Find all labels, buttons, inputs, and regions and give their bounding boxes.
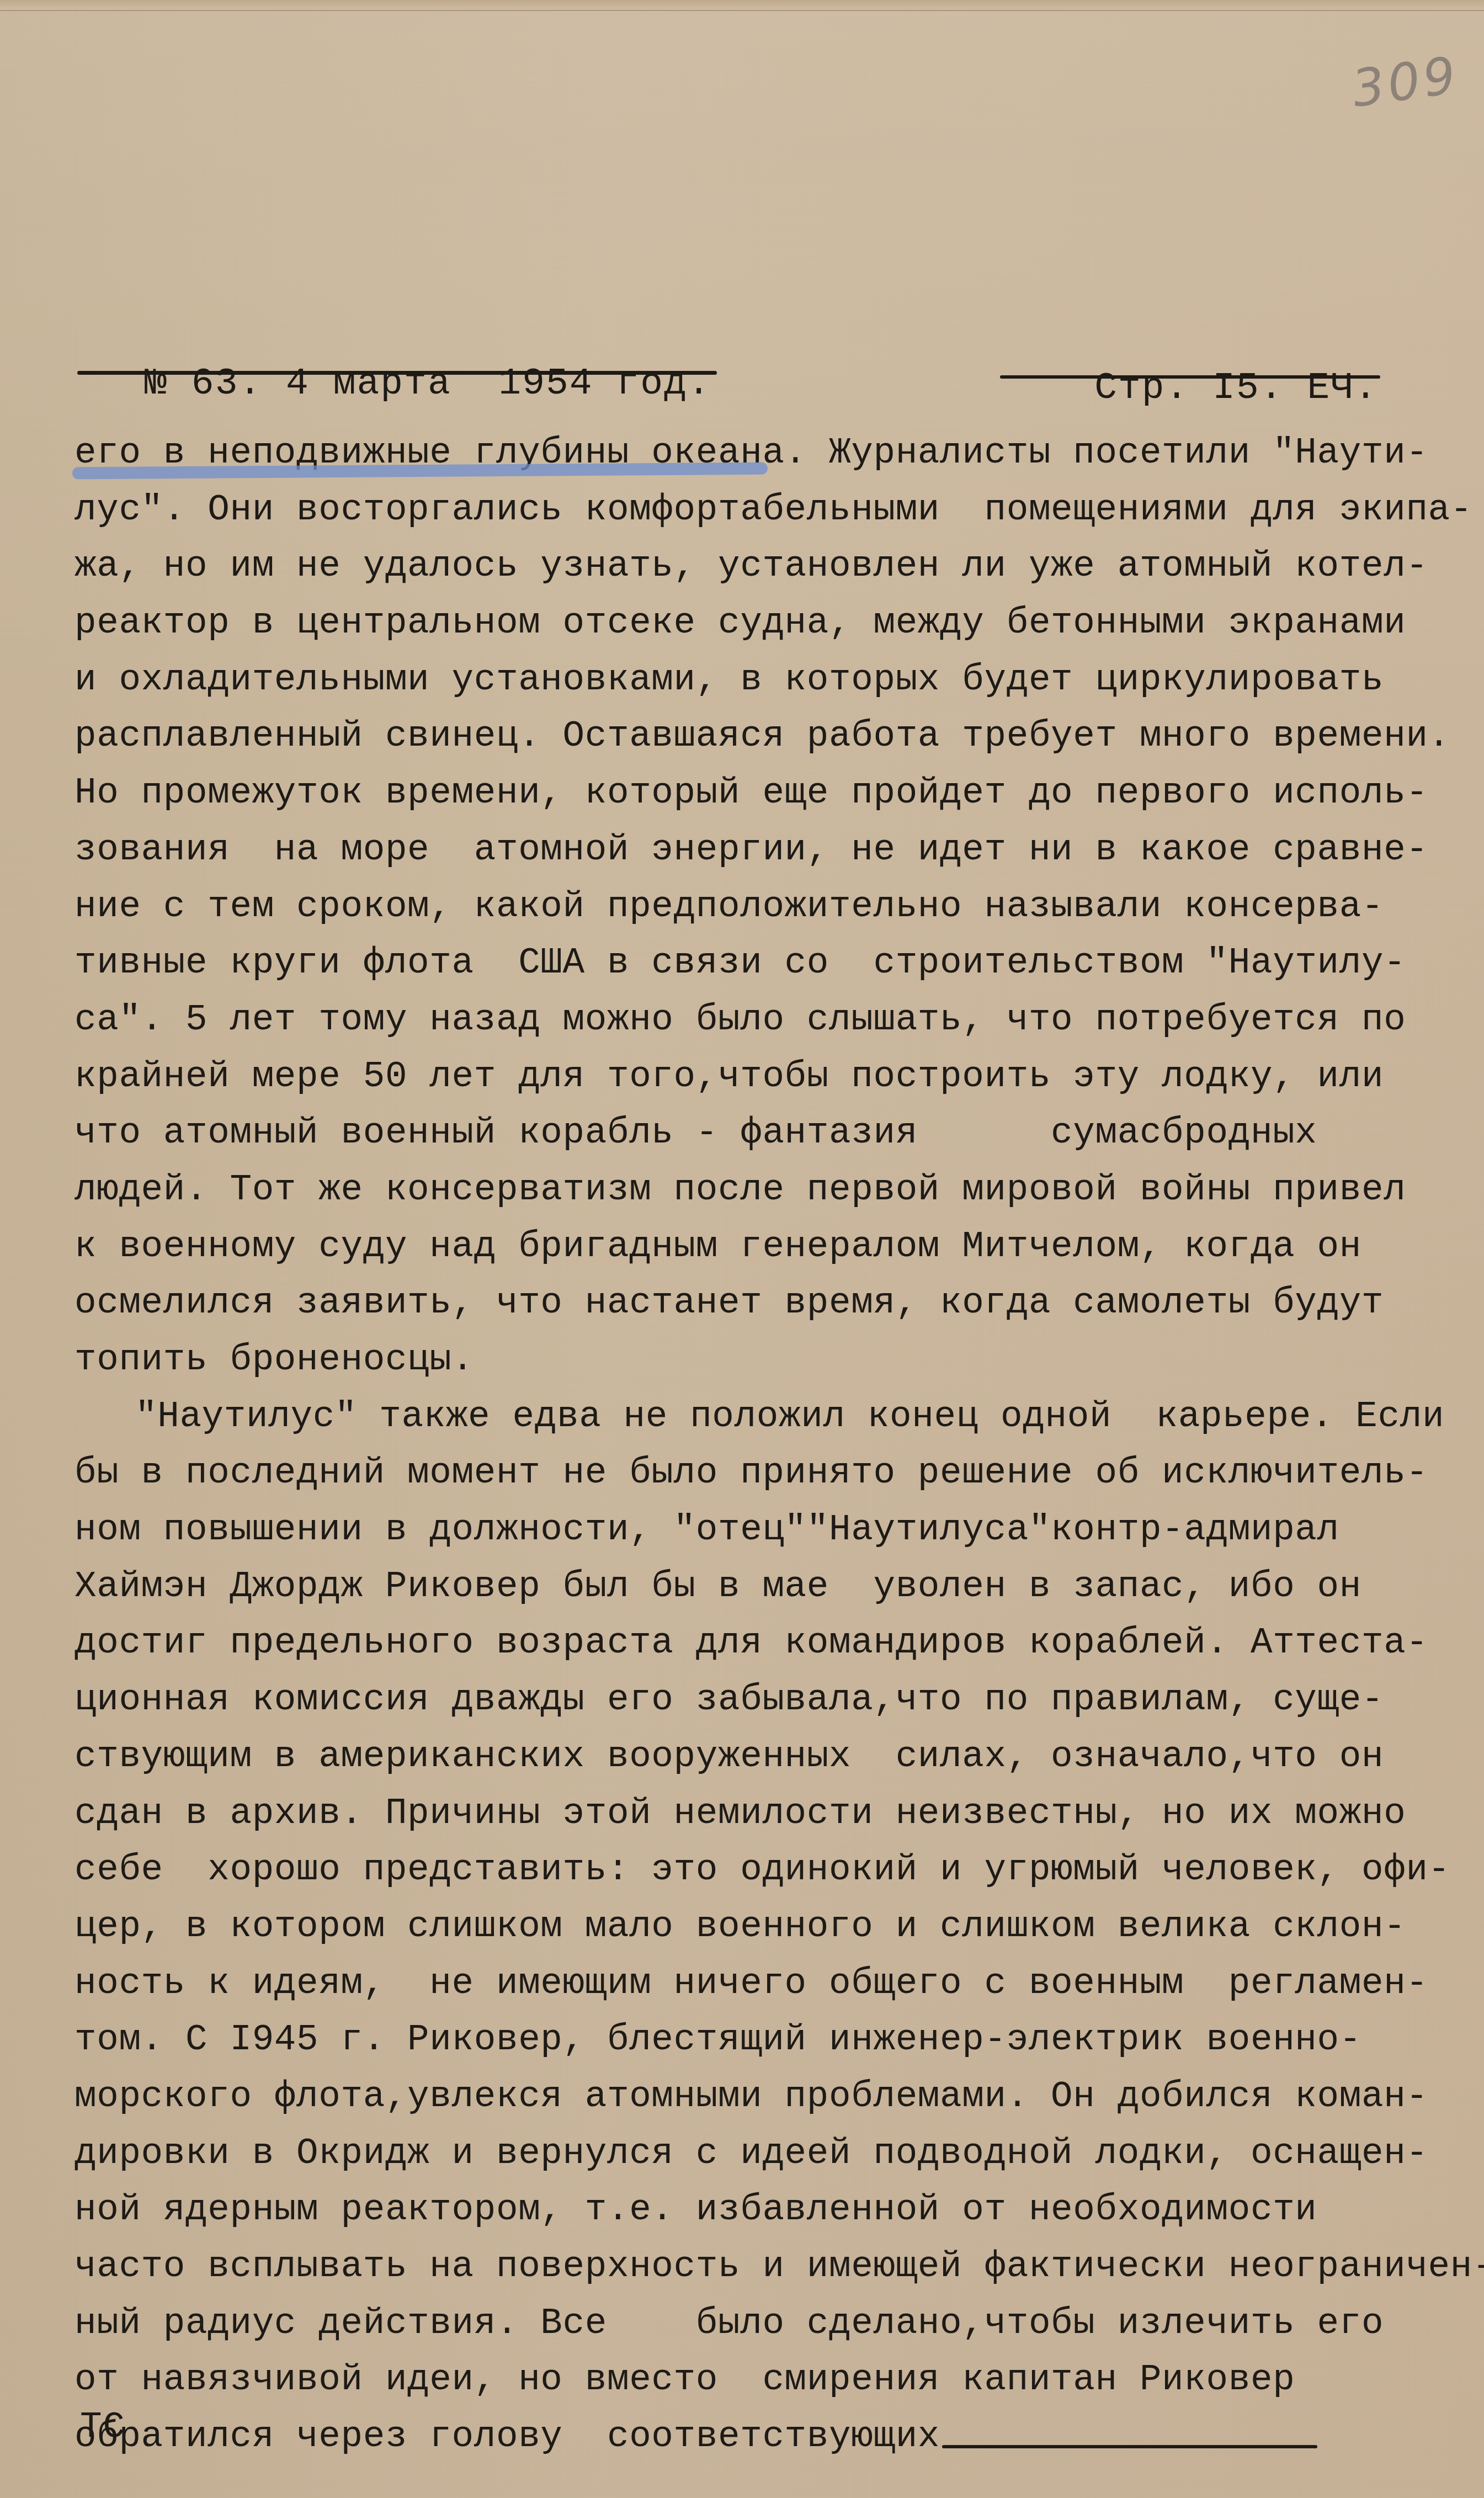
text-line: осмелился заявить, что настанет время, к… bbox=[75, 1275, 1454, 1332]
text-line: обратился через голову соответствующих bbox=[75, 2409, 1454, 2465]
text-line: ционная комиссия дважды его забывала,что… bbox=[75, 1672, 1454, 1729]
text-line: том. С I945 г. Риковер, блестящий инжене… bbox=[75, 2012, 1454, 2069]
text-line: достиг предельного возраста для командир… bbox=[75, 1615, 1454, 1672]
text-line-content: обратился через голову соответствующих bbox=[75, 2416, 940, 2457]
text-line: от навязчивой идеи, но вместо смирения к… bbox=[75, 2352, 1454, 2409]
text-line: к военному суду над бригадным генералом … bbox=[75, 1219, 1454, 1275]
text-line-content: реактор в центральном отсеке судна, межд… bbox=[75, 602, 1406, 644]
text-line-content: цер, в котором слишком мало военного и с… bbox=[75, 1906, 1406, 1947]
text-line-content: ный радиус действия. Все было сделано,чт… bbox=[75, 2303, 1384, 2344]
text-line-content: дировки в Окридж и вернулся с идеей подв… bbox=[75, 2133, 1428, 2174]
text-line: ной ядерным реактором, т.е. избавленной … bbox=[75, 2182, 1454, 2239]
text-line: ствующим в американских вооруженных сила… bbox=[75, 1729, 1454, 1785]
text-line-content: Хаймэн Джордж Риковер был бы в мае уволе… bbox=[75, 1566, 1361, 1607]
document-header: № 63. 4 марта 1954 год. Стр. I5. ЕЧ. bbox=[0, 309, 1484, 375]
text-line-content: бы в последний момент не было принято ре… bbox=[75, 1452, 1428, 1494]
text-line-content: людей. Тот же консерватизм после первой … bbox=[75, 1169, 1406, 1210]
text-line: "Наутилус" также едва не положил конец о… bbox=[75, 1389, 1454, 1445]
text-line: дировки в Окридж и вернулся с идеей подв… bbox=[75, 2125, 1454, 2182]
text-line: топить броненосцы. bbox=[75, 1332, 1454, 1389]
text-line-content: к военному суду над бригадным генералом … bbox=[75, 1226, 1361, 1267]
text-line-content: ционная комиссия дважды его забывала,что… bbox=[75, 1679, 1384, 1720]
text-line: крайней мере 50 лет для того,чтобы постр… bbox=[75, 1049, 1454, 1106]
text-line-content: тивные круги флота США в связи со строит… bbox=[75, 942, 1406, 984]
text-line-content: жа, но им не удалось узнать, установлен … bbox=[75, 545, 1428, 587]
text-line: зования на море атомной энергии, не идет… bbox=[75, 822, 1454, 879]
typewritten-body: его в неподвижные глубины океана. Журнал… bbox=[75, 425, 1454, 2465]
text-line: его в неподвижные глубины океана. Журнал… bbox=[75, 425, 1454, 482]
text-line-content: себе хорошо представить: это одинокий и … bbox=[75, 1849, 1450, 1890]
text-line-content: осмелился заявить, что настанет время, к… bbox=[75, 1282, 1384, 1324]
text-line: Хаймэн Джордж Риковер был бы в мае уволе… bbox=[75, 1559, 1454, 1615]
text-line-content: часто всплывать на поверхность и имеющей… bbox=[75, 2246, 1484, 2287]
text-line: жа, но им не удалось узнать, установлен … bbox=[75, 538, 1454, 595]
text-line: и охладительными установками, в которых … bbox=[75, 652, 1454, 709]
text-line: себе хорошо представить: это одинокий и … bbox=[75, 1842, 1454, 1899]
text-line-content: крайней мере 50 лет для того,чтобы постр… bbox=[75, 1056, 1384, 1097]
text-line-content: ствующим в американских вооруженных сила… bbox=[75, 1736, 1384, 1777]
page-reference-underline bbox=[1000, 375, 1380, 379]
text-line-content: морского флота,увлекся атомными проблема… bbox=[75, 2076, 1428, 2117]
text-line: расплавленный свинец. Оставшаяся работа … bbox=[75, 708, 1454, 765]
text-line-content: том. С I945 г. Риковер, блестящий инжене… bbox=[75, 2019, 1361, 2060]
text-line: людей. Тот же консерватизм после первой … bbox=[75, 1162, 1454, 1219]
text-line: цер, в котором слишком мало военного и с… bbox=[75, 1899, 1454, 1955]
text-line-content: ной ядерным реактором, т.е. избавленной … bbox=[75, 2189, 1317, 2230]
text-line-content: ние с тем сроком, какой предположительно… bbox=[75, 886, 1384, 927]
text-line-content: са". 5 лет тому назад можно было слышать… bbox=[75, 999, 1406, 1040]
text-line: морского флота,увлекся атомными проблема… bbox=[75, 2069, 1454, 2125]
issue-date-underline bbox=[77, 371, 717, 375]
text-line: сдан в архив. Причины этой немилости неи… bbox=[75, 1785, 1454, 1842]
text-line: ность к идеям, не имеющим ничего общего … bbox=[75, 1955, 1454, 2012]
text-line-content: и охладительными установками, в которых … bbox=[75, 659, 1384, 700]
text-line: са". 5 лет тому назад можно было слышать… bbox=[75, 992, 1454, 1049]
text-line-content: что атомный военный корабль - фантазия с… bbox=[75, 1112, 1317, 1154]
text-line-content: ном повышении в должности, "отец""Наутил… bbox=[75, 1509, 1339, 1550]
text-line-content: от навязчивой идеи, но вместо смирения к… bbox=[75, 2359, 1295, 2400]
text-line-content: расплавленный свинец. Оставшаяся работа … bbox=[75, 715, 1450, 757]
issue-date-text: № 63. 4 марта 1954 год. bbox=[144, 363, 711, 405]
text-line-content: "Наутилус" также едва не положил конец о… bbox=[135, 1396, 1444, 1437]
text-line: ном повышении в должности, "отец""Наутил… bbox=[75, 1502, 1454, 1559]
text-line-content: Но промежуток времени, который еще пройд… bbox=[75, 772, 1428, 814]
typist-initials: ТС bbox=[80, 2406, 126, 2448]
text-line-content: ность к идеям, не имеющим ничего общего … bbox=[75, 1963, 1428, 2004]
text-line: лус". Они восторгались комфортабельными … bbox=[75, 482, 1454, 539]
text-line-content: лус". Они восторгались комфортабельными … bbox=[75, 489, 1472, 530]
text-line-content: сдан в архив. Причины этой немилости неи… bbox=[75, 1793, 1406, 1834]
text-line: тивные круги флота США в связи со строит… bbox=[75, 935, 1454, 992]
text-line: что атомный военный корабль - фантазия с… bbox=[75, 1105, 1454, 1162]
text-line-content: зования на море атомной энергии, не идет… bbox=[75, 829, 1428, 870]
text-line: бы в последний момент не было принято ре… bbox=[75, 1445, 1454, 1502]
end-of-text-rule bbox=[942, 2445, 1317, 2448]
text-line-content: достиг предельного возраста для командир… bbox=[75, 1622, 1428, 1663]
text-line: часто всплывать на поверхность и имеющей… bbox=[75, 2239, 1454, 2295]
page-top-edge bbox=[0, 0, 1484, 11]
page-reference-text: Стр. I5. ЕЧ. bbox=[1094, 367, 1378, 410]
text-line: Но промежуток времени, который еще пройд… bbox=[75, 765, 1454, 822]
text-line: ный радиус действия. Все было сделано,чт… bbox=[75, 2295, 1454, 2352]
text-line: реактор в центральном отсеке судна, межд… bbox=[75, 595, 1454, 652]
text-line-content: топить броненосцы. bbox=[75, 1339, 474, 1380]
text-line: ние с тем сроком, какой предположительно… bbox=[75, 879, 1454, 936]
